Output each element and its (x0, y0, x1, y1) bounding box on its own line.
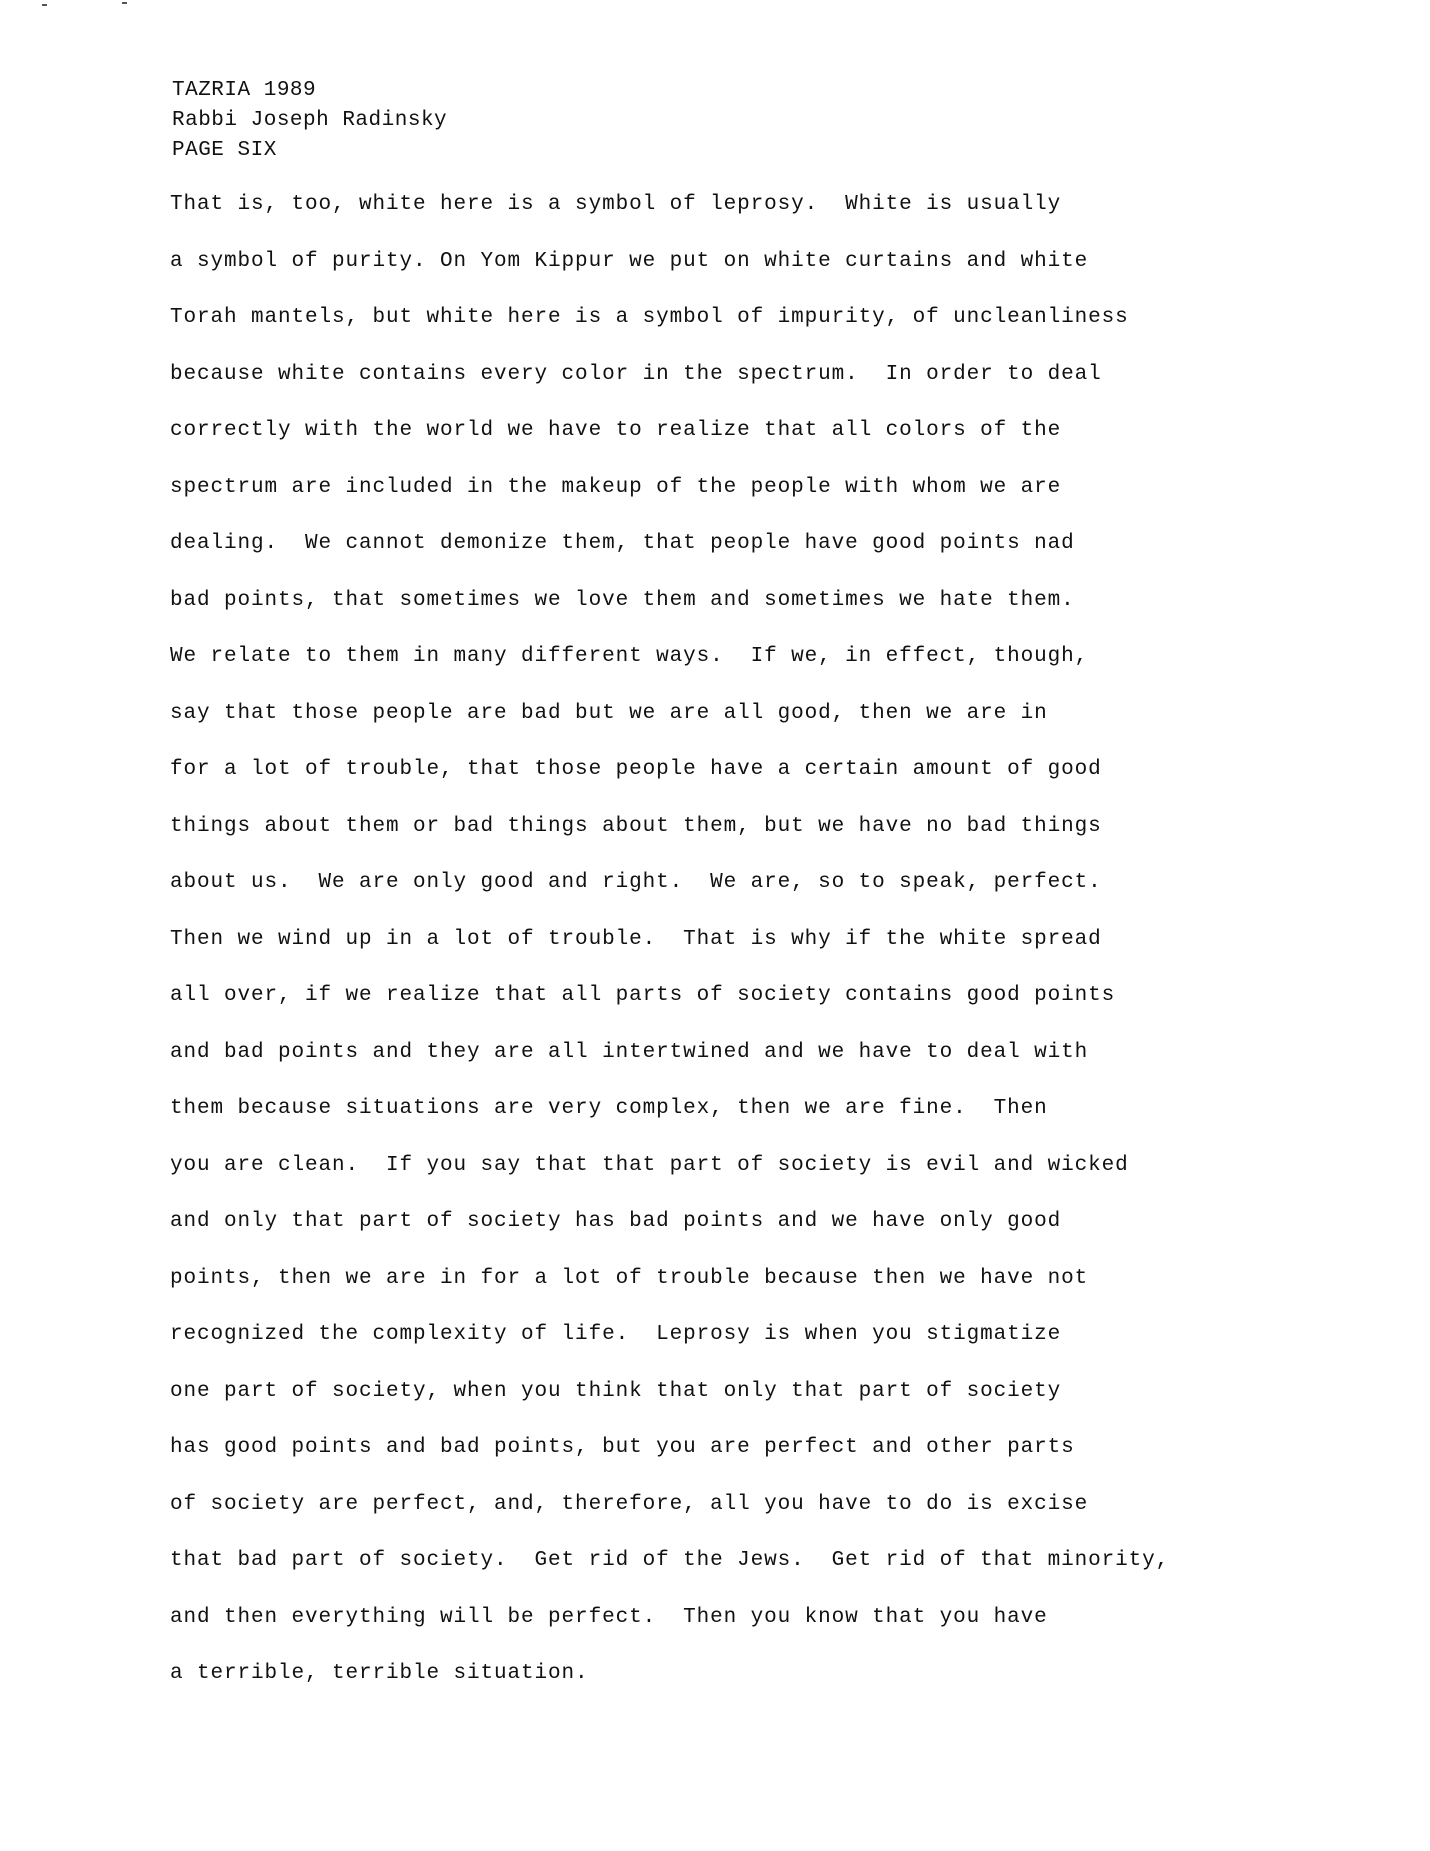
text-line: you are clean. If you say that that part… (170, 1151, 1169, 1208)
text-line: recognized the complexity of life. Lepro… (170, 1320, 1169, 1377)
author-name: Rabbi Joseph Radinsky (172, 106, 447, 136)
text-line: spectrum are included in the makeup of t… (170, 473, 1169, 530)
text-line: things about them or bad things about th… (170, 812, 1169, 869)
text-line: has good points and bad points, but you … (170, 1433, 1169, 1490)
text-line: of society are perfect, and, therefore, … (170, 1490, 1169, 1547)
scan-artifact (42, 4, 47, 6)
document-header: TAZRIA 1989 Rabbi Joseph Radinsky PAGE S… (172, 76, 447, 166)
text-line: Then we wind up in a lot of trouble. Tha… (170, 925, 1169, 982)
text-line: and bad points and they are all intertwi… (170, 1038, 1169, 1095)
text-line: a symbol of purity. On Yom Kippur we put… (170, 247, 1169, 304)
text-line: bad points, that sometimes we love them … (170, 586, 1169, 643)
text-line: Torah mantels, but white here is a symbo… (170, 303, 1169, 360)
text-line: all over, if we realize that all parts o… (170, 981, 1169, 1038)
text-line: dealing. We cannot demonize them, that p… (170, 529, 1169, 586)
text-line: about us. We are only good and right. We… (170, 868, 1169, 925)
text-line: We relate to them in many different ways… (170, 642, 1169, 699)
text-line: points, then we are in for a lot of trou… (170, 1264, 1169, 1321)
page-label: PAGE SIX (172, 136, 447, 166)
scan-artifact (122, 2, 127, 4)
text-line: one part of society, when you think that… (170, 1377, 1169, 1434)
text-line: for a lot of trouble, that those people … (170, 755, 1169, 812)
text-line: that bad part of society. Get rid of the… (170, 1546, 1169, 1603)
text-line: a terrible, terrible situation. (170, 1659, 1169, 1716)
text-line: and only that part of society has bad po… (170, 1207, 1169, 1264)
text-line: say that those people are bad but we are… (170, 699, 1169, 756)
text-line: them because situations are very complex… (170, 1094, 1169, 1151)
document-body: That is, too, white here is a symbol of … (170, 190, 1169, 1716)
text-line: correctly with the world we have to real… (170, 416, 1169, 473)
text-line: because white contains every color in th… (170, 360, 1169, 417)
text-line: and then everything will be perfect. The… (170, 1603, 1169, 1660)
text-line: That is, too, white here is a symbol of … (170, 190, 1169, 247)
sermon-title: TAZRIA 1989 (172, 76, 447, 106)
